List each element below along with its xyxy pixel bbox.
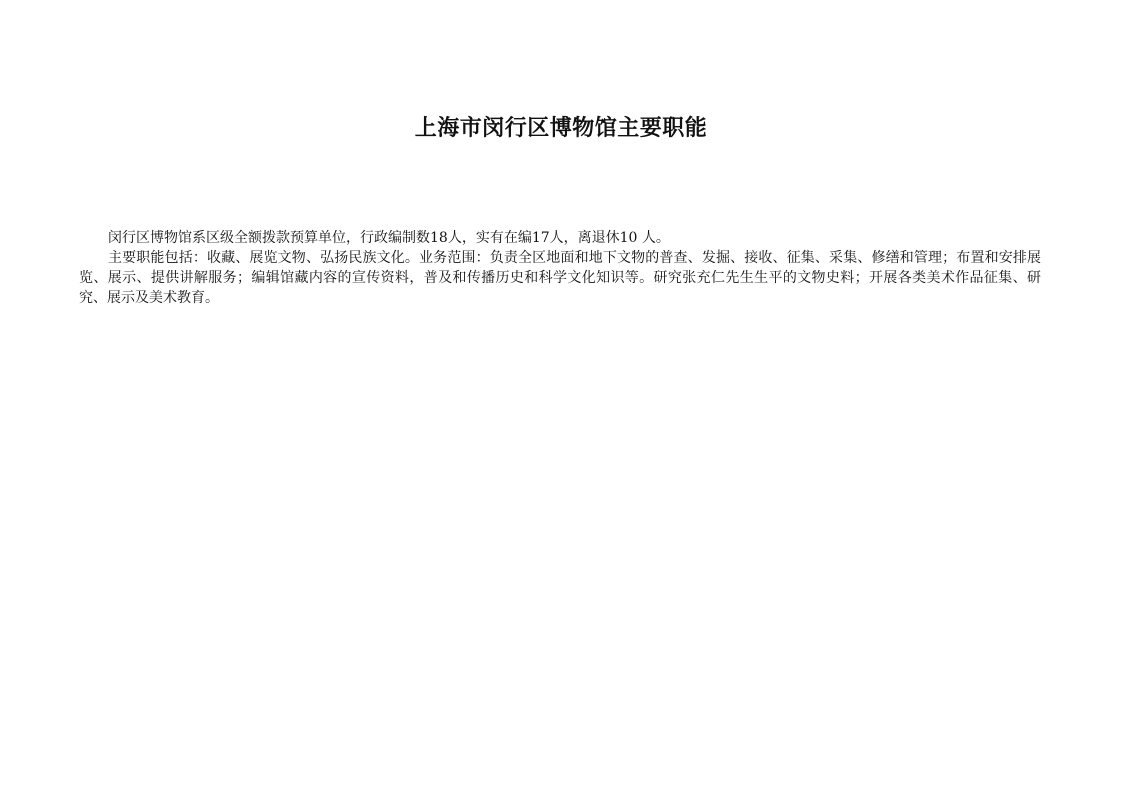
paragraph-functions: 主要职能包括：收藏、展览文物、弘扬民族文化。业务范围：负责全区地面和地下文物的普… xyxy=(79,248,1041,308)
page-title: 上海市闵行区博物馆主要职能 xyxy=(0,114,1122,142)
document-body: 闵行区博物馆系区级全额拨款预算单位，行政编制数18人，实有在编17人，离退休10… xyxy=(79,228,1041,308)
paragraph-staffing: 闵行区博物馆系区级全额拨款预算单位，行政编制数18人，实有在编17人，离退休10… xyxy=(79,228,1041,248)
